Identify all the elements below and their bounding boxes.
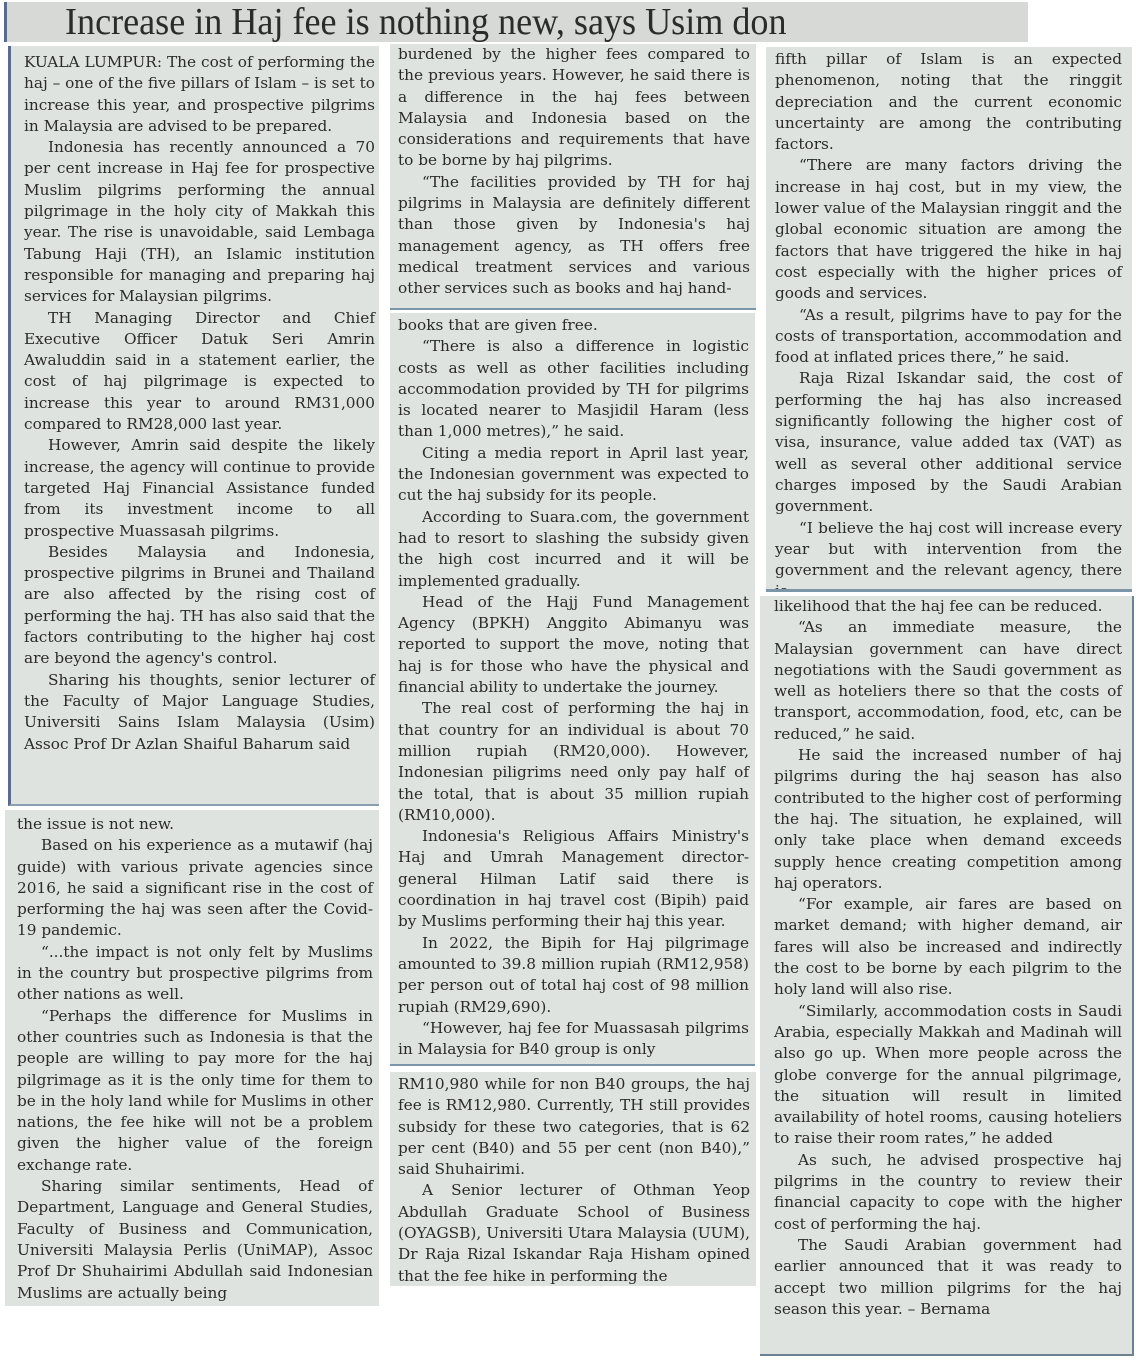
article-paragraph: The Saudi Arabian government had earlier… xyxy=(774,1235,1122,1320)
article-paragraph: “Perhaps the difference for Muslims in o… xyxy=(17,1006,373,1176)
article-paragraph: “As a result, pilgrims have to pay for t… xyxy=(775,305,1122,369)
article-paragraph: The real cost of performing the haj in t… xyxy=(398,698,749,826)
article-paragraph: “...the impact is not only felt by Musli… xyxy=(17,942,373,1006)
clipping-col3-bottom: likelihood that the haj fee can be reduc… xyxy=(760,596,1134,1356)
article-paragraph: “As an immediate measure, the Malaysian … xyxy=(774,617,1122,745)
article-paragraph: RM10,980 while for non B40 groups, the h… xyxy=(398,1074,750,1180)
clipping-col3-top: fifth pillar of Islam is an expected phe… xyxy=(766,47,1132,592)
article-paragraph: Head of the Hajj Fund Management Agency … xyxy=(398,592,749,698)
article-paragraph: Raja Rizal Iskandar said, the cost of pe… xyxy=(775,368,1122,517)
article-paragraph: “Similarly, accommodation costs in Saudi… xyxy=(774,1001,1122,1150)
clipping-col1-top: KUALA LUMPUR: The cost of performing the… xyxy=(8,46,379,806)
article-paragraph: fifth pillar of Islam is an expected phe… xyxy=(775,49,1122,155)
article-paragraph: As such, he advised prospective haj pilg… xyxy=(774,1150,1122,1235)
article-paragraph: “There are many factors driving the incr… xyxy=(775,155,1122,304)
article-paragraph: “The facilities provided by TH for haj p… xyxy=(398,172,750,300)
article-paragraph: Based on his experience as a mutawif (ha… xyxy=(17,835,373,941)
article-paragraph: He said the increased number of haj pilg… xyxy=(774,745,1122,894)
article-paragraph: A Senior lecturer of Othman Yeop Abdulla… xyxy=(398,1180,750,1286)
article-paragraph: “For example, air fares are based on mar… xyxy=(774,894,1122,1000)
clipping-col1-bottom: the issue is not new.Based on his experi… xyxy=(5,810,379,1306)
headline: Increase in Haj fee is nothing new, says… xyxy=(65,2,786,42)
article-paragraph: Sharing his thoughts, senior lecturer of… xyxy=(24,670,375,755)
article-paragraph: TH Managing Director and Chief Executive… xyxy=(24,308,375,436)
article-paragraph: Sharing similar sentiments, Head of Depa… xyxy=(17,1176,373,1304)
clipping-col2-bottom: RM10,980 while for non B40 groups, the h… xyxy=(390,1072,756,1286)
article-paragraph: likelihood that the haj fee can be reduc… xyxy=(774,596,1122,617)
article-paragraph: burdened by the higher fees compared to … xyxy=(398,44,750,172)
clipping-col2-middle: books that are given free.“There is also… xyxy=(390,313,755,1066)
headline-strip: Increase in Haj fee is nothing new, says… xyxy=(4,2,1028,42)
article-paragraph: In 2022, the Bipih for Haj pilgrimage am… xyxy=(398,933,749,1018)
article-paragraph: KUALA LUMPUR: The cost of performing the… xyxy=(24,52,375,137)
article-paragraph: “However, haj fee for Muassasah pilgrims… xyxy=(398,1018,749,1061)
clipping-col2-top: burdened by the higher fees compared to … xyxy=(390,44,756,310)
article-paragraph: Indonesia's Religious Affairs Ministry's… xyxy=(398,826,749,932)
article-paragraph: “I believe the haj cost will increase ev… xyxy=(775,518,1122,592)
article-paragraph: Indonesia has recently announced a 70 pe… xyxy=(24,137,375,307)
article-paragraph: Besides Malaysia and Indonesia, prospect… xyxy=(24,542,375,670)
article-paragraph: books that are given free. xyxy=(398,315,749,336)
article-paragraph: According to Suara.com, the government h… xyxy=(398,507,749,592)
article-paragraph: Citing a media report in April last year… xyxy=(398,443,749,507)
article-paragraph: However, Amrin said despite the likely i… xyxy=(24,435,375,541)
article-paragraph: the issue is not new. xyxy=(17,814,373,835)
article-paragraph: “There is also a difference in logistic … xyxy=(398,336,749,442)
